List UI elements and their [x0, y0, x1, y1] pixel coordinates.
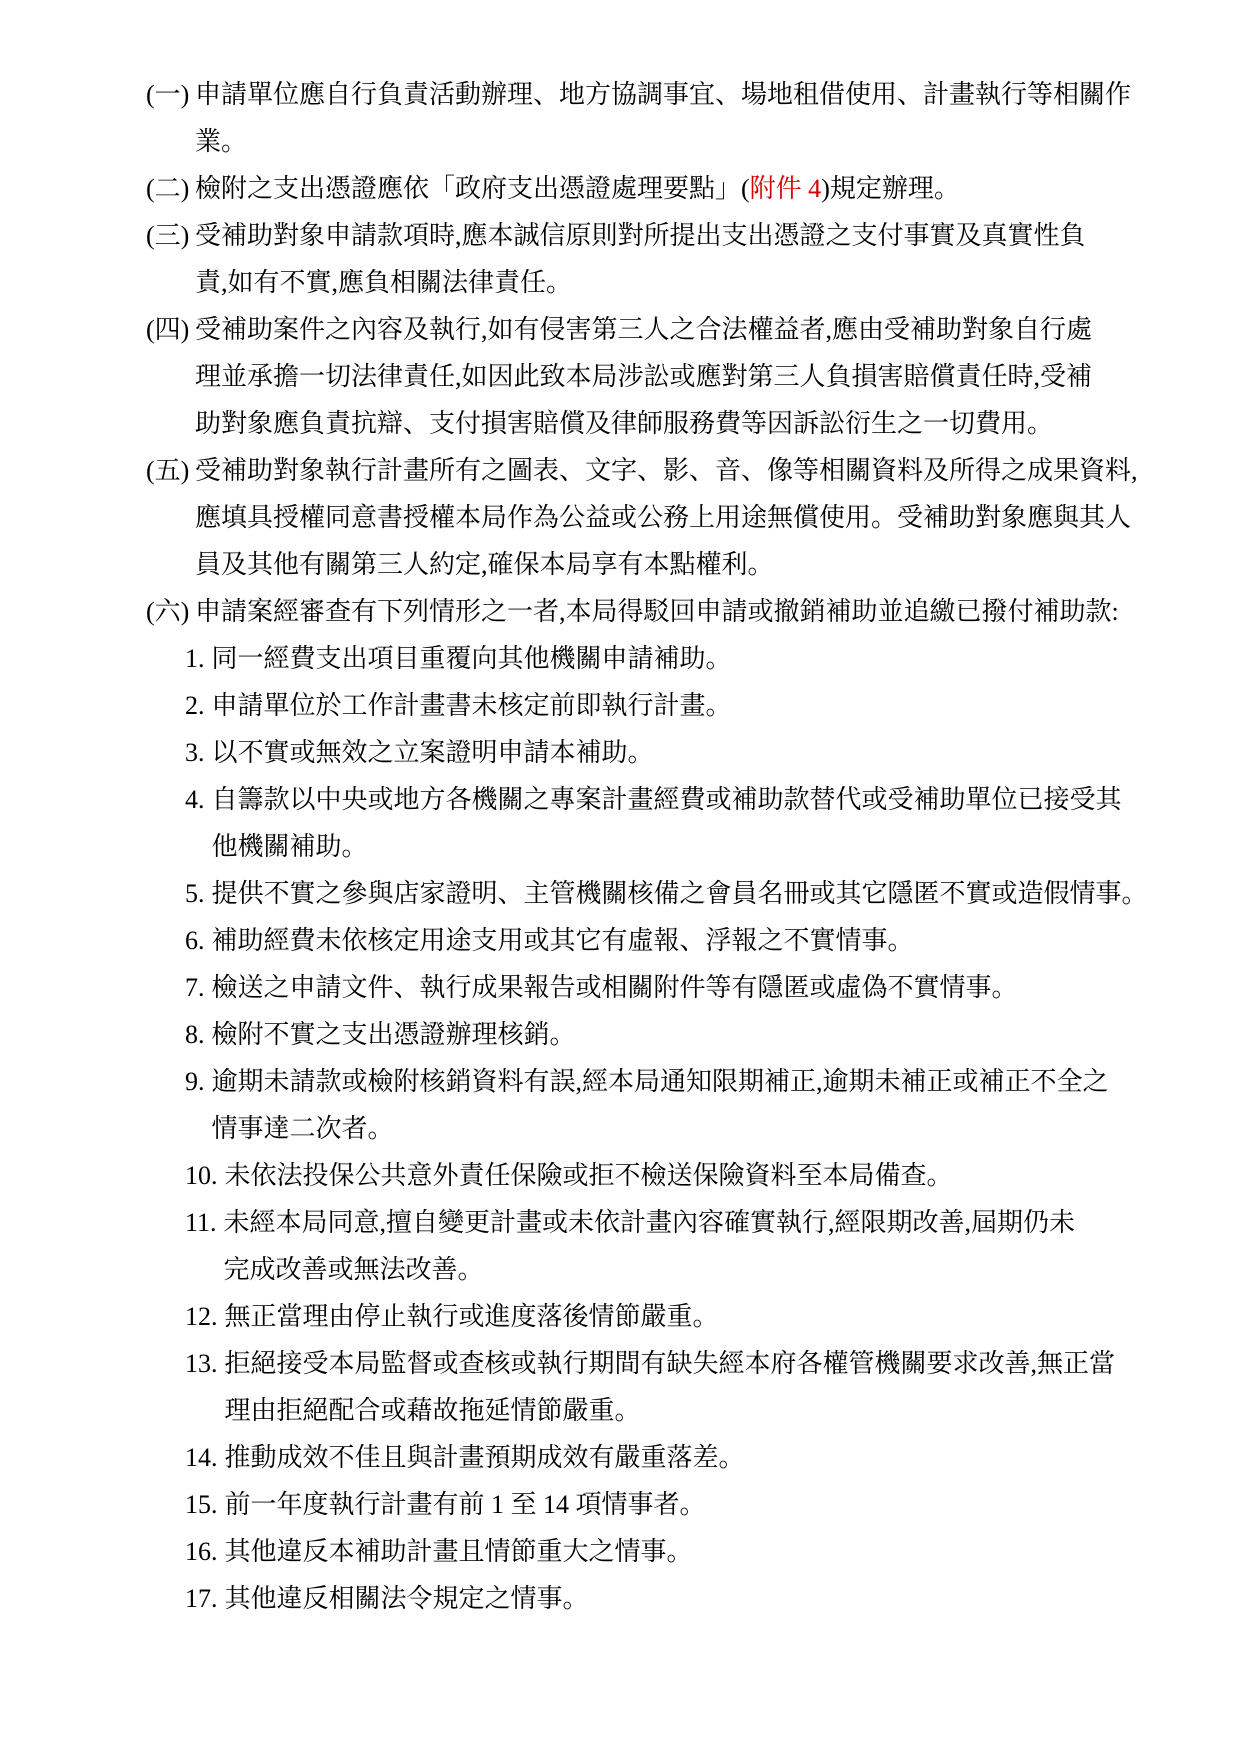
- list-item-line: 自籌款以中央或地方各機關之專案計畫經費或補助款替代或受補助單位已接受其: [212, 776, 1142, 823]
- clause-line: 受補助案件之內容及執行,如有侵害第三人之合法權益者,應由受補助對象自行處: [195, 306, 1141, 353]
- list-item-line: 其他違反本補助計畫且情節重大之情事。: [225, 1528, 1142, 1575]
- list-item-text: 未依法投保公共意外責任保險或拒不檢送保險資料至本局備查。: [225, 1152, 1142, 1199]
- list-item-16: 16. 其他違反本補助計畫且情節重大之情事。: [185, 1528, 1141, 1575]
- list-item-number: 7.: [185, 964, 205, 1011]
- clause-line: 員及其他有關第三人約定,確保本局享有本點權利。: [195, 541, 1141, 588]
- list-item-text: 前一年度執行計畫有前 1 至 14 項情事者。: [225, 1481, 1142, 1528]
- list-item-number: 11.: [185, 1199, 217, 1246]
- list-item-number: 2.: [185, 682, 205, 729]
- list-item-line: 完成改善或無法改善。: [224, 1246, 1141, 1293]
- clause-line: 受補助對象執行計畫所有之圖表、文字、影、音、像等相關資料及所得之成果資料,: [195, 447, 1141, 494]
- list-item-8: 8. 檢附不實之支出憑證辦理核銷。: [185, 1011, 1141, 1058]
- document-page: (一) 申請單位應自行負責活動辦理、地方協調事宜、場地租借使用、計畫執行等相關作…: [0, 0, 1241, 1622]
- clause-line: 應填具授權同意書授權本局作為公益或公務上用途無償使用。受補助對象應與其人: [195, 494, 1141, 541]
- list-item-11: 11. 未經本局同意,擅自變更計畫或未依計畫內容確實執行,經限期改善,屆期仍未 …: [185, 1199, 1141, 1293]
- clause-text-block: 申請案經審查有下列情形之一者,本局得駁回申請或撤銷補助並追繳已撥付補助款:: [195, 588, 1141, 635]
- list-item-line: 檢附不實之支出憑證辦理核銷。: [212, 1011, 1142, 1058]
- clause-6-numbered-list: 1. 同一經費支出項目重覆向其他機關申請補助。 2. 申請單位於工作計畫書未核定…: [185, 635, 1141, 1622]
- clause-label: (一): [146, 71, 195, 118]
- list-item-line: 以不實或無效之立案證明申請本補助。: [212, 729, 1142, 776]
- clause-6: (六) 申請案經審查有下列情形之一者,本局得駁回申請或撤銷補助並追繳已撥付補助款…: [146, 588, 1141, 635]
- clause-5: (五) 受補助對象執行計畫所有之圖表、文字、影、音、像等相關資料及所得之成果資料…: [146, 447, 1141, 588]
- list-item-text: 逾期未請款或檢附核銷資料有誤,經本局通知限期補正,逾期未補正或補正不全之 情事達…: [212, 1058, 1142, 1152]
- list-item-number: 15.: [185, 1481, 218, 1528]
- list-item-text: 推動成效不佳且與計畫預期成效有嚴重落差。: [225, 1434, 1142, 1481]
- list-item-line: 前一年度執行計畫有前 1 至 14 項情事者。: [225, 1481, 1142, 1528]
- clause-line: 檢附之支出憑證應依「政府支出憑證處理要點」(附件 4)規定辦理。: [195, 165, 1141, 212]
- list-item-text: 拒絕接受本局監督或查核或執行期間有缺失經本府各權管機關要求改善,無正當 理由拒絕…: [225, 1340, 1142, 1434]
- list-item-number: 5.: [185, 870, 205, 917]
- clause-text-block: 受補助對象申請款項時,應本誠信原則對所提出支出憑證之支付事實及真實性負 責,如有…: [195, 212, 1141, 306]
- list-item-number: 8.: [185, 1011, 205, 1058]
- list-item-15: 15. 前一年度執行計畫有前 1 至 14 項情事者。: [185, 1481, 1141, 1528]
- list-item-6: 6. 補助經費未依核定用途支用或其它有虛報、浮報之不實情事。: [185, 917, 1141, 964]
- list-item-line: 其他違反相關法令規定之情事。: [225, 1575, 1142, 1622]
- clause-label: (四): [146, 306, 195, 353]
- clause-line: 申請案經審查有下列情形之一者,本局得駁回申請或撤銷補助並追繳已撥付補助款:: [195, 588, 1141, 635]
- list-item-number: 6.: [185, 917, 205, 964]
- list-item-text: 檢附不實之支出憑證辦理核銷。: [212, 1011, 1142, 1058]
- clause-2: (二) 檢附之支出憑證應依「政府支出憑證處理要點」(附件 4)規定辦理。: [146, 165, 1141, 212]
- list-item-text: 檢送之申請文件、執行成果報告或相關附件等有隱匿或虛偽不實情事。: [212, 964, 1142, 1011]
- list-item-number: 12.: [185, 1293, 218, 1340]
- attachment-4-ref: 附件 4: [750, 174, 822, 203]
- list-item-text: 其他違反相關法令規定之情事。: [225, 1575, 1142, 1622]
- list-item-4: 4. 自籌款以中央或地方各機關之專案計畫經費或補助款替代或受補助單位已接受其 他…: [185, 776, 1141, 870]
- clause-line: 業。: [195, 118, 1141, 165]
- list-item-3: 3. 以不實或無效之立案證明申請本補助。: [185, 729, 1141, 776]
- list-item-line: 檢送之申請文件、執行成果報告或相關附件等有隱匿或虛偽不實情事。: [212, 964, 1142, 1011]
- list-item-line: 提供不實之參與店家證明、主管機關核備之會員名冊或其它隱匿不實或造假情事。: [212, 870, 1142, 917]
- list-item-line: 情事達二次者。: [212, 1105, 1142, 1152]
- list-item-text: 補助經費未依核定用途支用或其它有虛報、浮報之不實情事。: [212, 917, 1142, 964]
- clause-line: 助對象應負責抗辯、支付損害賠償及律師服務費等因訴訟衍生之一切費用。: [195, 400, 1141, 447]
- clause-text-block: 申請單位應自行負責活動辦理、地方協調事宜、場地租借使用、計畫執行等相關作 業。: [195, 71, 1141, 165]
- list-item-line: 未依法投保公共意外責任保險或拒不檢送保險資料至本局備查。: [225, 1152, 1142, 1199]
- list-item-text: 同一經費支出項目重覆向其他機關申請補助。: [212, 635, 1142, 682]
- list-item-line: 補助經費未依核定用途支用或其它有虛報、浮報之不實情事。: [212, 917, 1142, 964]
- list-item-text: 申請單位於工作計畫書未核定前即執行計畫。: [212, 682, 1142, 729]
- list-item-text: 未經本局同意,擅自變更計畫或未依計畫內容確實執行,經限期改善,屆期仍未 完成改善…: [224, 1199, 1141, 1293]
- clause-text-block: 檢附之支出憑證應依「政府支出憑證處理要點」(附件 4)規定辦理。: [195, 165, 1141, 212]
- list-item-10: 10. 未依法投保公共意外責任保險或拒不檢送保險資料至本局備查。: [185, 1152, 1141, 1199]
- list-item-number: 3.: [185, 729, 205, 776]
- list-item-7: 7. 檢送之申請文件、執行成果報告或相關附件等有隱匿或虛偽不實情事。: [185, 964, 1141, 1011]
- list-item-line: 無正當理由停止執行或進度落後情節嚴重。: [225, 1293, 1142, 1340]
- clause-text-block: 受補助案件之內容及執行,如有侵害第三人之合法權益者,應由受補助對象自行處 理並承…: [195, 306, 1141, 447]
- clause-text: 檢附之支出憑證應依「政府支出憑證處理要點」(: [195, 174, 750, 203]
- clause-line: 理並承擔一切法律責任,如因此致本局涉訟或應對第三人負損害賠償責任時,受補: [195, 353, 1141, 400]
- list-item-line: 逾期未請款或檢附核銷資料有誤,經本局通知限期補正,逾期未補正或補正不全之: [212, 1058, 1142, 1105]
- list-item-12: 12. 無正當理由停止執行或進度落後情節嚴重。: [185, 1293, 1141, 1340]
- list-item-number: 17.: [185, 1575, 218, 1622]
- list-item-text: 提供不實之參與店家證明、主管機關核備之會員名冊或其它隱匿不實或造假情事。: [212, 870, 1142, 917]
- clause-label: (三): [146, 212, 195, 259]
- list-item-number: 14.: [185, 1434, 218, 1481]
- clause-3: (三) 受補助對象申請款項時,應本誠信原則對所提出支出憑證之支付事實及真實性負 …: [146, 212, 1141, 306]
- list-item-number: 9.: [185, 1058, 205, 1105]
- list-item-line: 申請單位於工作計畫書未核定前即執行計畫。: [212, 682, 1142, 729]
- list-item-9: 9. 逾期未請款或檢附核銷資料有誤,經本局通知限期補正,逾期未補正或補正不全之 …: [185, 1058, 1141, 1152]
- list-item-text: 無正當理由停止執行或進度落後情節嚴重。: [225, 1293, 1142, 1340]
- list-item-line: 拒絕接受本局監督或查核或執行期間有缺失經本府各權管機關要求改善,無正當: [225, 1340, 1142, 1387]
- list-item-text: 其他違反本補助計畫且情節重大之情事。: [225, 1528, 1142, 1575]
- list-item-2: 2. 申請單位於工作計畫書未核定前即執行計畫。: [185, 682, 1141, 729]
- clause-line: 責,如有不實,應負相關法律責任。: [195, 259, 1141, 306]
- list-item-1: 1. 同一經費支出項目重覆向其他機關申請補助。: [185, 635, 1141, 682]
- list-item-line: 理由拒絕配合或藉故拖延情節嚴重。: [225, 1387, 1142, 1434]
- clause-label: (六): [146, 588, 195, 635]
- list-item-line: 未經本局同意,擅自變更計畫或未依計畫內容確實執行,經限期改善,屆期仍未: [224, 1199, 1141, 1246]
- list-item-13: 13. 拒絕接受本局監督或查核或執行期間有缺失經本府各權管機關要求改善,無正當 …: [185, 1340, 1141, 1434]
- list-item-line: 同一經費支出項目重覆向其他機關申請補助。: [212, 635, 1142, 682]
- list-item-text: 以不實或無效之立案證明申請本補助。: [212, 729, 1142, 776]
- list-item-number: 10.: [185, 1152, 218, 1199]
- clause-label: (二): [146, 165, 195, 212]
- clause-1: (一) 申請單位應自行負責活動辦理、地方協調事宜、場地租借使用、計畫執行等相關作…: [146, 71, 1141, 165]
- list-item-5: 5. 提供不實之參與店家證明、主管機關核備之會員名冊或其它隱匿不實或造假情事。: [185, 870, 1141, 917]
- list-item-number: 13.: [185, 1340, 218, 1387]
- clause-line: 受補助對象申請款項時,應本誠信原則對所提出支出憑證之支付事實及真實性負: [195, 212, 1141, 259]
- list-item-number: 4.: [185, 776, 205, 823]
- clause-line: 申請單位應自行負責活動辦理、地方協調事宜、場地租借使用、計畫執行等相關作: [195, 71, 1141, 118]
- list-item-number: 16.: [185, 1528, 218, 1575]
- list-item-line: 他機關補助。: [212, 823, 1142, 870]
- clause-text: )規定辦理。: [821, 174, 960, 203]
- list-item-text: 自籌款以中央或地方各機關之專案計畫經費或補助款替代或受補助單位已接受其 他機關補…: [212, 776, 1142, 870]
- list-item-14: 14. 推動成效不佳且與計畫預期成效有嚴重落差。: [185, 1434, 1141, 1481]
- list-item-17: 17. 其他違反相關法令規定之情事。: [185, 1575, 1141, 1622]
- clause-label: (五): [146, 447, 195, 494]
- clause-text-block: 受補助對象執行計畫所有之圖表、文字、影、音、像等相關資料及所得之成果資料, 應填…: [195, 447, 1141, 588]
- list-item-number: 1.: [185, 635, 205, 682]
- clause-4: (四) 受補助案件之內容及執行,如有侵害第三人之合法權益者,應由受補助對象自行處…: [146, 306, 1141, 447]
- list-item-line: 推動成效不佳且與計畫預期成效有嚴重落差。: [225, 1434, 1142, 1481]
